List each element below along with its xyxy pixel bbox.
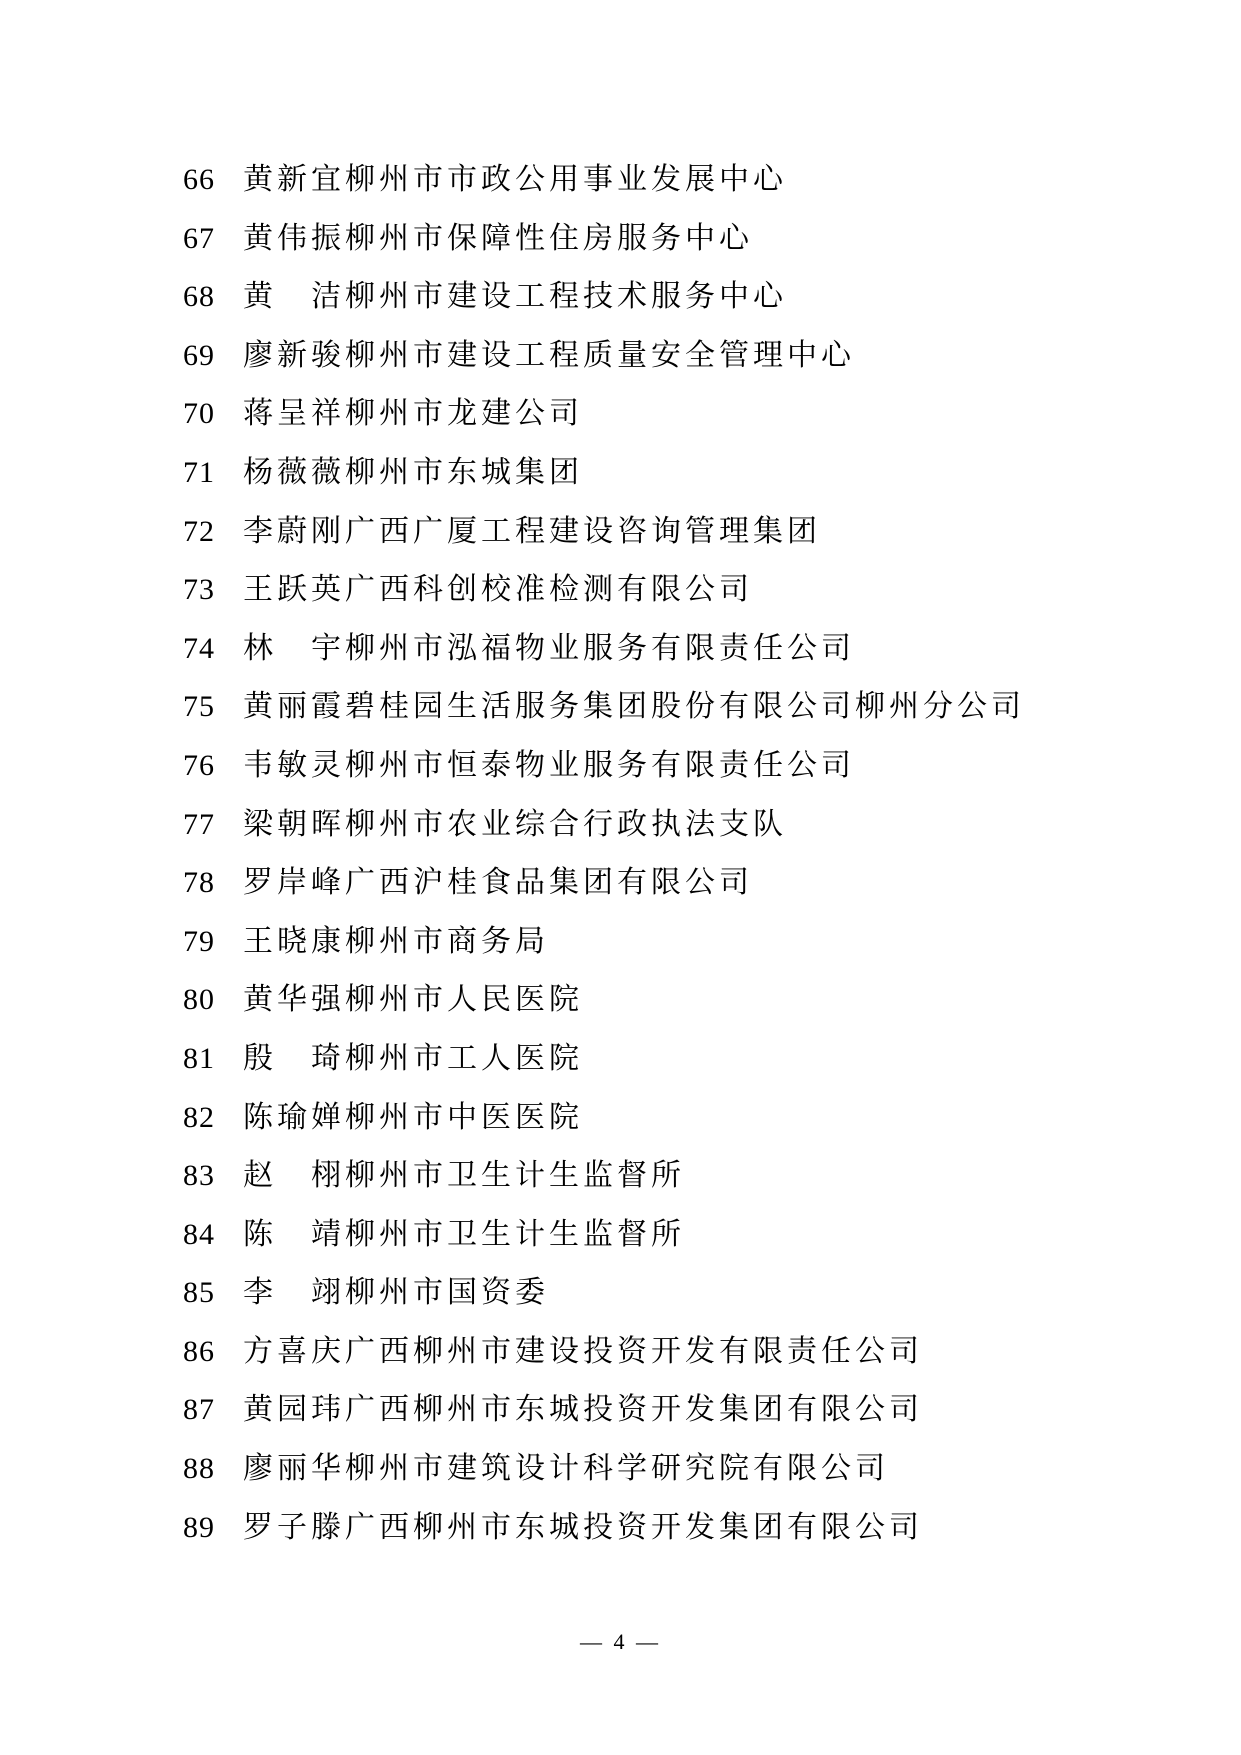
person-name: 王晓康 [243,913,345,972]
person-name: 黄伟振 [243,210,345,269]
organization-name: 广西柳州市建设投资开发有限责任公司 [345,1323,1201,1382]
organization-name: 柳州市恒泰物业服务有限责任公司 [345,737,1201,796]
list-item: 73 王跃英 广西科创校准检测有限公司 [183,561,1201,620]
list-item: 74 林 宇 柳州市泓福物业服务有限责任公司 [183,620,1201,679]
row-number: 68 [183,268,243,327]
row-number: 72 [183,503,243,562]
organization-name: 广西柳州市东城投资开发集团有限公司 [345,1381,1201,1440]
person-name: 蒋呈祥 [243,385,345,444]
organization-name: 柳州市泓福物业服务有限责任公司 [345,620,1201,679]
row-number: 79 [183,913,243,972]
row-number: 82 [183,1089,243,1148]
row-number: 85 [183,1264,243,1323]
list-item: 71 杨薇薇 柳州市东城集团 [183,444,1201,503]
organization-name: 柳州市卫生计生监督所 [345,1206,1201,1265]
list-item: 72 李蔚刚 广西广厦工程建设咨询管理集团 [183,503,1201,562]
person-name: 陈 靖 [243,1206,345,1265]
person-name: 黄 洁 [243,268,345,327]
person-name: 黄新宜 [243,151,345,210]
list-item: 87 黄园玮 广西柳州市东城投资开发集团有限公司 [183,1381,1201,1440]
organization-name: 柳州市国资委 [345,1264,1201,1323]
row-number: 74 [183,620,243,679]
person-name: 廖丽华 [243,1440,345,1499]
person-name: 林 宇 [243,620,345,679]
person-name: 李 翊 [243,1264,345,1323]
list-item: 70 蒋呈祥 柳州市龙建公司 [183,385,1201,444]
row-number: 70 [183,385,243,444]
organization-name: 碧桂园生活服务集团股份有限公司柳州分公司 [345,678,1201,737]
list-item: 79 王晓康 柳州市商务局 [183,913,1201,972]
person-name: 罗子滕 [243,1499,345,1558]
organization-name: 柳州市东城集团 [345,444,1201,503]
organization-name: 柳州市商务局 [345,913,1201,972]
organization-name: 柳州市工人医院 [345,1030,1201,1089]
row-number: 69 [183,327,243,386]
person-name: 王跃英 [243,561,345,620]
row-number: 88 [183,1440,243,1499]
person-name: 殷 琦 [243,1030,345,1089]
list-item: 88 廖丽华 柳州市建筑设计科学研究院有限公司 [183,1440,1201,1499]
person-name: 赵 栩 [243,1147,345,1206]
list-item: 89 罗子滕 广西柳州市东城投资开发集团有限公司 [183,1499,1201,1558]
organization-name: 柳州市人民医院 [345,971,1201,1030]
row-number: 71 [183,444,243,503]
row-number: 78 [183,854,243,913]
row-number: 77 [183,796,243,855]
list-item: 83 赵 栩 柳州市卫生计生监督所 [183,1147,1201,1206]
list-item: 80 黄华强 柳州市人民医院 [183,971,1201,1030]
organization-name: 广西科创校准检测有限公司 [345,561,1201,620]
page-number: — 4 — [0,1626,1241,1658]
organization-name: 柳州市市政公用事业发展中心 [345,151,1201,210]
list-item: 81 殷 琦 柳州市工人医院 [183,1030,1201,1089]
row-number: 84 [183,1206,243,1265]
person-name: 方喜庆 [243,1323,345,1382]
row-number: 73 [183,561,243,620]
list-item: 86 方喜庆 广西柳州市建设投资开发有限责任公司 [183,1323,1201,1382]
list-item: 77 梁朝晖 柳州市农业综合行政执法支队 [183,796,1201,855]
organization-name: 广西广厦工程建设咨询管理集团 [345,503,1201,562]
row-number: 75 [183,678,243,737]
list-item: 85 李 翊 柳州市国资委 [183,1264,1201,1323]
person-name: 罗岸峰 [243,854,345,913]
person-name: 杨薇薇 [243,444,345,503]
organization-name: 柳州市龙建公司 [345,385,1201,444]
organization-name: 广西沪桂食品集团有限公司 [345,854,1201,913]
list-item: 82 陈瑜婵 柳州市中医医院 [183,1089,1201,1148]
document-page: 66 黄新宜 柳州市市政公用事业发展中心 67 黄伟振 柳州市保障性住房服务中心… [0,0,1241,1755]
row-number: 81 [183,1030,243,1089]
person-name: 黄丽霞 [243,678,345,737]
person-name: 黄园玮 [243,1381,345,1440]
list-item: 68 黄 洁 柳州市建设工程技术服务中心 [183,268,1201,327]
organization-name: 柳州市中医医院 [345,1089,1201,1148]
list-item: 69 廖新骏 柳州市建设工程质量安全管理中心 [183,327,1201,386]
row-number: 87 [183,1381,243,1440]
organization-name: 柳州市卫生计生监督所 [345,1147,1201,1206]
row-number: 86 [183,1323,243,1382]
row-number: 83 [183,1147,243,1206]
list-item: 75 黄丽霞 碧桂园生活服务集团股份有限公司柳州分公司 [183,678,1201,737]
row-number: 89 [183,1499,243,1558]
person-name: 廖新骏 [243,327,345,386]
list-item: 84 陈 靖 柳州市卫生计生监督所 [183,1206,1201,1265]
row-number: 67 [183,210,243,269]
organization-name: 柳州市建筑设计科学研究院有限公司 [345,1440,1201,1499]
row-number: 80 [183,971,243,1030]
organization-name: 柳州市保障性住房服务中心 [345,210,1201,269]
person-name: 梁朝晖 [243,796,345,855]
list-item: 66 黄新宜 柳州市市政公用事业发展中心 [183,151,1201,210]
organization-name: 广西柳州市东城投资开发集团有限公司 [345,1499,1201,1558]
list-item: 78 罗岸峰 广西沪桂食品集团有限公司 [183,854,1201,913]
person-name: 李蔚刚 [243,503,345,562]
person-name: 韦敏灵 [243,737,345,796]
organization-name: 柳州市建设工程质量安全管理中心 [345,327,1201,386]
person-name: 黄华强 [243,971,345,1030]
roster: 66 黄新宜 柳州市市政公用事业发展中心 67 黄伟振 柳州市保障性住房服务中心… [183,151,1201,1557]
row-number: 76 [183,737,243,796]
organization-name: 柳州市建设工程技术服务中心 [345,268,1201,327]
list-item: 67 黄伟振 柳州市保障性住房服务中心 [183,210,1201,269]
list-item: 76 韦敏灵 柳州市恒泰物业服务有限责任公司 [183,737,1201,796]
row-number: 66 [183,151,243,210]
person-name: 陈瑜婵 [243,1089,345,1148]
organization-name: 柳州市农业综合行政执法支队 [345,796,1201,855]
